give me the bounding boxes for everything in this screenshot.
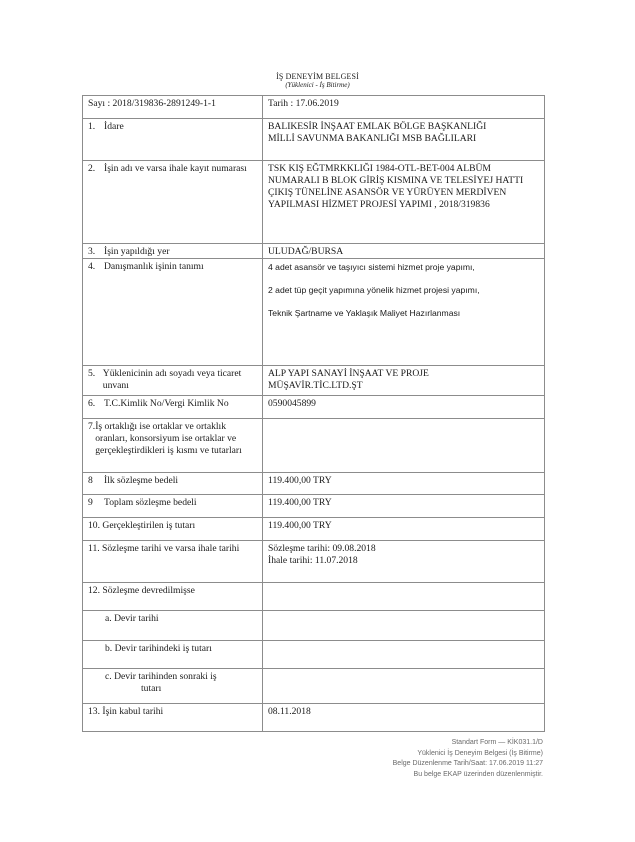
document-title: İŞ DENEYİM BELGESİ xyxy=(0,72,635,81)
row-value xyxy=(263,669,545,704)
footer-ekap-note: Bu belge EKAP üzerinden düzenlenmiştir. xyxy=(393,770,543,781)
row-label: c. Devir tarihinden sonraki iştutarı xyxy=(83,669,263,704)
row-label: 2.İşin adı ve varsa ihale kayıt numarası xyxy=(83,161,263,244)
table-row: 9Toplam sözleşme bedeli 119.400,00 TRY xyxy=(83,495,545,518)
row-value: Sözleşme tarihi: 09.08.2018İhale tarihi:… xyxy=(263,541,545,583)
table-row: 1.İdare BALIKESİR İNŞAAT EMLAK BÖLGE BAŞ… xyxy=(83,119,545,161)
table-row: Sayı : 2018/319836-2891249-1-1 Tarih : 1… xyxy=(83,96,545,119)
row-label: 13. İşin kabul tarihi xyxy=(83,704,263,732)
footer-form-code: Standart Form — KİK031.1/D xyxy=(393,738,543,749)
row-label: 10. Gerçekleştirilen iş tutarı xyxy=(83,518,263,541)
table-row: 11. Sözleşme tarihi ve varsa ihale tarih… xyxy=(83,541,545,583)
table-row: 6.T.C.Kimlik No/Vergi Kimlik No 05900458… xyxy=(83,396,545,419)
row-value: 4 adet asansör ve taşıyıcı sistemi hizme… xyxy=(263,259,545,366)
row-value: ALP YAPI SANAYİ İNŞAAT VE PROJEMÜŞAVİR.T… xyxy=(263,366,545,396)
table-row: 10. Gerçekleştirilen iş tutarı 119.400,0… xyxy=(83,518,545,541)
table-row: 8İlk sözleşme bedeli 119.400,00 TRY xyxy=(83,473,545,495)
table-row: 12. Sözleşme devredilmişse xyxy=(83,583,545,611)
row-label: 4.Danışmanlık işinin tanımı xyxy=(83,259,263,366)
footer-form-name: Yüklenici İş Deneyim Belgesi (İş Bitirme… xyxy=(393,749,543,760)
row-value: 08.11.2018 xyxy=(263,704,545,732)
table-row: b. Devir tarihindeki iş tutarı xyxy=(83,641,545,669)
row-label: 1.İdare xyxy=(83,119,263,161)
row-label: 7.İş ortaklığı ise ortaklar ve ortaklık … xyxy=(83,419,263,473)
document-subtitle: (Yüklenici - İş Bitirme) xyxy=(0,81,635,90)
table-row: 5.Yüklenicinin adı soyadı veya ticaret u… xyxy=(83,366,545,396)
document-date: Tarih : 17.06.2019 xyxy=(263,96,545,119)
row-value xyxy=(263,419,545,473)
row-label: 6.T.C.Kimlik No/Vergi Kimlik No xyxy=(83,396,263,419)
row-value: 0590045899 xyxy=(263,396,545,419)
row-label: 5.Yüklenicinin adı soyadı veya ticaret u… xyxy=(83,366,263,396)
document-footer: Standart Form — KİK031.1/D Yüklenici İş … xyxy=(393,738,543,780)
row-value xyxy=(263,611,545,641)
table-row: 7.İş ortaklığı ise ortaklar ve ortaklık … xyxy=(83,419,545,473)
row-label: 12. Sözleşme devredilmişse xyxy=(83,583,263,611)
row-label: b. Devir tarihindeki iş tutarı xyxy=(83,641,263,669)
table-row: 2.İşin adı ve varsa ihale kayıt numarası… xyxy=(83,161,545,244)
row-value xyxy=(263,583,545,611)
table-row: 3.İşin yapıldığı yer ULUDAĞ/BURSA xyxy=(83,244,545,259)
row-value: 119.400,00 TRY xyxy=(263,518,545,541)
row-value: ULUDAĞ/BURSA xyxy=(263,244,545,259)
row-label: 11. Sözleşme tarihi ve varsa ihale tarih… xyxy=(83,541,263,583)
row-label: 3.İşin yapıldığı yer xyxy=(83,244,263,259)
table-row: a. Devir tarihi xyxy=(83,611,545,641)
experience-certificate-table: Sayı : 2018/319836-2891249-1-1 Tarih : 1… xyxy=(82,95,545,732)
row-label: a. Devir tarihi xyxy=(83,611,263,641)
row-value: TSK KIŞ EĞTMRKKLIĞI 1984-OTL-BET-004 ALB… xyxy=(263,161,545,244)
row-label: 9Toplam sözleşme bedeli xyxy=(83,495,263,518)
row-value: 119.400,00 TRY xyxy=(263,495,545,518)
footer-issue-datetime: Belge Düzenlenme Tarih/Saat: 17.06.2019 … xyxy=(393,759,543,770)
table-row: c. Devir tarihinden sonraki iştutarı xyxy=(83,669,545,704)
table-row: 4.Danışmanlık işinin tanımı 4 adet asans… xyxy=(83,259,545,366)
row-value: 119.400,00 TRY xyxy=(263,473,545,495)
row-label: 8İlk sözleşme bedeli xyxy=(83,473,263,495)
row-value xyxy=(263,641,545,669)
row-value: BALIKESİR İNŞAAT EMLAK BÖLGE BAŞKANLIĞIM… xyxy=(263,119,545,161)
document-number: Sayı : 2018/319836-2891249-1-1 xyxy=(83,96,263,119)
table-row: 13. İşin kabul tarihi 08.11.2018 xyxy=(83,704,545,732)
